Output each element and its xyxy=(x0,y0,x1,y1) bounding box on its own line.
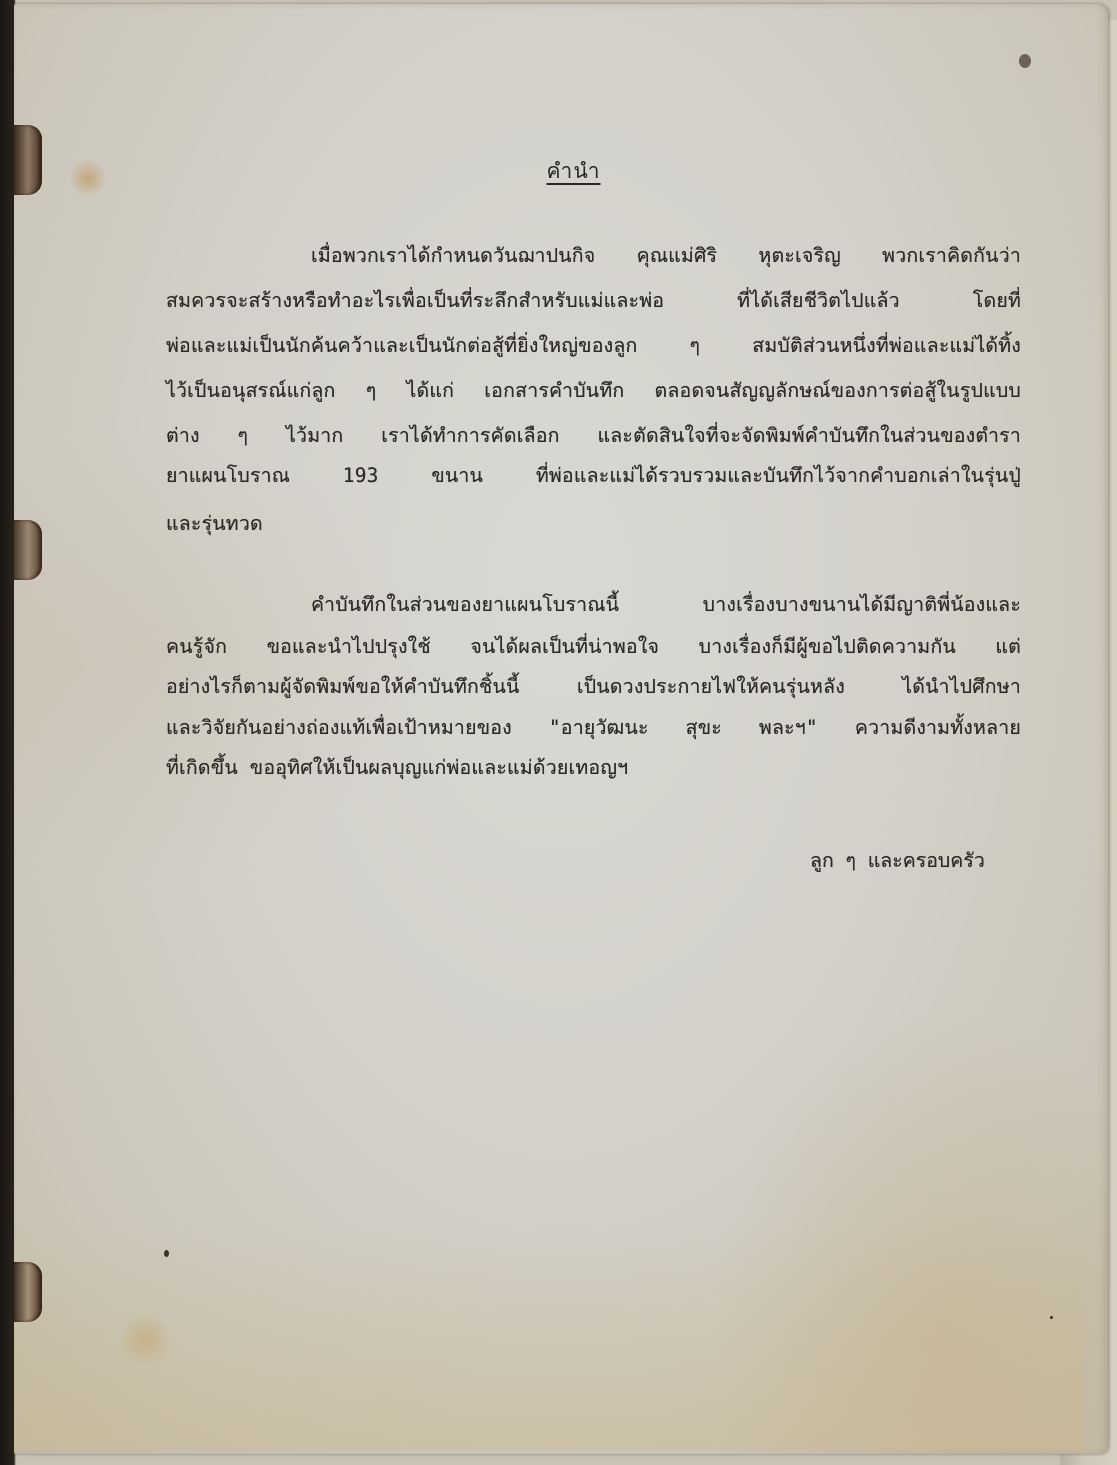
paragraph-1-line-6: ยาแผนโบราณ 193 ขนาน ที่พ่อและแม่ได้รวบรว… xyxy=(166,461,1021,491)
paragraph-1-line-4: ไว้เป็นอนุสรณ์แก่ลูก ๆ ได้แก่ เอกสารคำบั… xyxy=(166,376,1021,406)
paper-spot xyxy=(1019,54,1031,68)
page-title: คำนำ xyxy=(0,155,1117,188)
binding-hole-middle xyxy=(14,520,42,580)
paragraph-1-line-7: และรุ่นทวด xyxy=(166,509,1021,539)
paragraph-1-line-5: ต่าง ๆ ไว้มาก เราได้ทำการคัดเลือก และตัด… xyxy=(166,421,1021,451)
paragraph-2-line-2: คนรู้จัก ขอและนำไปปรุงใช้ จนได้ผลเป็นที่… xyxy=(166,632,1021,662)
paragraph-2-line-1: คำบันทึกในส่วนของยาแผนโบราณนี้ บางเรื่อง… xyxy=(311,590,1021,620)
paragraph-1-line-2: สมควรจะสร้างหรือทำอะไรเพื่อเป็นที่ระลึกส… xyxy=(166,286,1021,316)
signature: ลูก ๆ และครอบครัว xyxy=(810,846,985,876)
paper-spot xyxy=(164,1250,169,1257)
paragraph-2-line-5: ที่เกิดขึ้น ขออุทิศให้เป็นผลบุญแก่พ่อและ… xyxy=(166,753,1021,783)
paragraph-2-line-3: อย่างไรก็ตามผู้จัดพิมพ์ขอให้คำบันทึกชิ้น… xyxy=(166,672,1021,702)
paper-spot xyxy=(1050,1316,1053,1319)
paragraph-2-line-4: และวิจัยกันอย่างถ่องแท้เพื่อเป้าหมายของ … xyxy=(166,713,1021,743)
paragraph-1-line-3: พ่อและแม่เป็นนักค้นคว้าและเป็นนักต่อสู้ท… xyxy=(166,331,1021,361)
title-text: คำนำ xyxy=(547,159,601,183)
paragraph-1-line-1: เมื่อพวกเราได้กำหนดวันฌาปนกิจ คุณแม่ศิริ… xyxy=(311,241,1021,271)
binding-hole-bottom xyxy=(14,1262,42,1322)
